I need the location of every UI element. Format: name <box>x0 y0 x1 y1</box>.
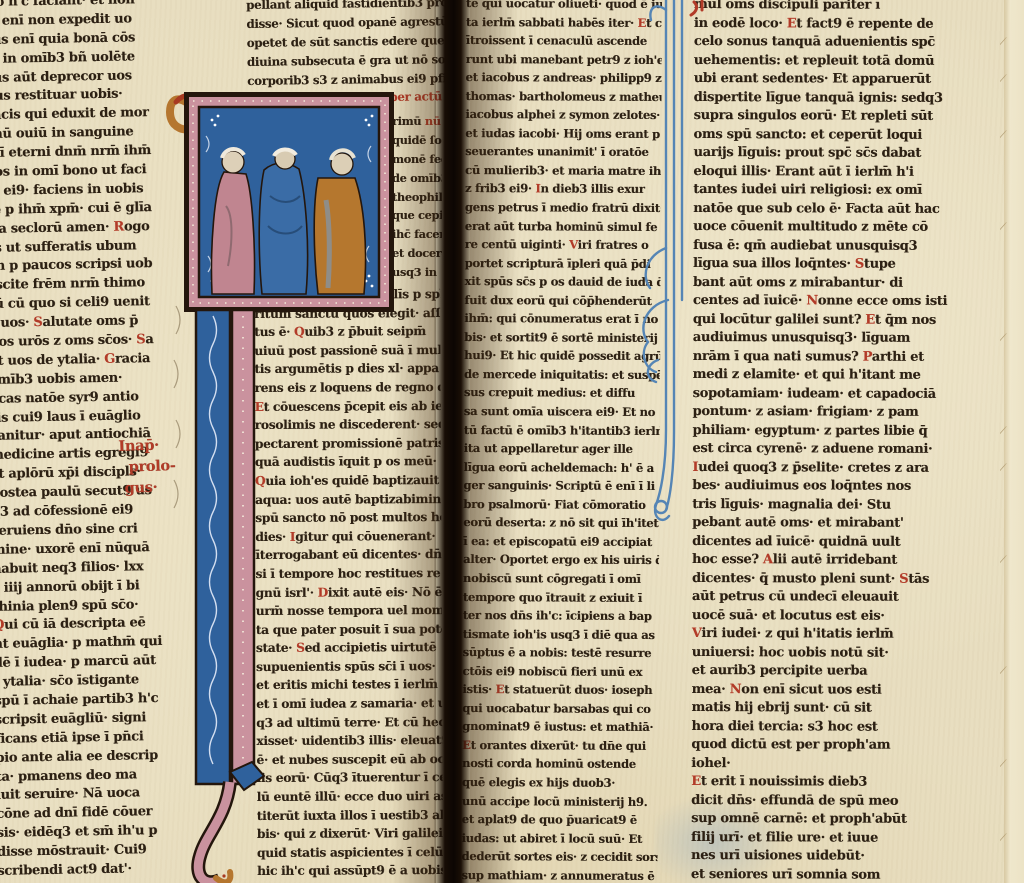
text-line: audiuimus unusquisq3· līguam <box>693 329 1007 349</box>
text-line: supra singulos eorū· Et repleti sūt <box>694 107 1008 127</box>
text-line: nrām ī qua nati sumus? Parthi et <box>693 347 1007 367</box>
text-line: fuit dux eorū qui cōp̄henderūt <box>464 291 660 311</box>
text-line: ctōis ei9 nobiscū fieri unū ex <box>462 662 658 682</box>
binding-gutter <box>434 0 470 883</box>
text-line: qui uocabatur barsabas qui co <box>462 699 658 719</box>
text-line: ta ierlm̄ sabbati habēs iter· Et cū <box>466 13 662 33</box>
text-line: sus crepuit medius: et diffu <box>464 383 660 403</box>
text-line: iacobus alphei z symon zelotes· <box>465 105 661 125</box>
text-line: bis· et sortit9 ē sortē ministerij <box>464 328 660 348</box>
text-line: quod dictū est per proph'am <box>691 736 1005 756</box>
text-line: quē elegis ex hijs duob3· <box>462 773 658 793</box>
text-line: centes ad īuicē· Nonne ecce oms isti <box>693 292 1007 312</box>
text-column-right-1: tē qui uocatur oliueti· quod ē iuxta ier… <box>461 0 662 883</box>
text-line: tē qui uocatur oliueti· quod ē iux <box>466 0 662 14</box>
text-line: philiam· egyptum· z partes libie q̄ <box>692 421 1006 441</box>
text-line: runt ubi manebant petr9 z ioh'es· <box>466 50 662 70</box>
text-line: tantes iudei uiri religiosi: ex omī <box>693 181 1007 201</box>
text-line: tempore quo ītrauit z exiuit ī <box>463 587 659 607</box>
text-line: unū accipe locū ministerij h9. <box>462 792 658 812</box>
text-line: ter nos dn̄s ih'c: īcipiens a bap <box>463 606 659 626</box>
text-line: bro psalmorū· Fiat cōmoratio <box>463 495 659 515</box>
text-line: erat aūt turba hominū simul fe <box>465 217 661 237</box>
text-line: filij urī· et filie ure· et iuue <box>691 828 1005 848</box>
text-line: pebant autē oms· et mirabant' <box>692 514 1006 534</box>
text-line: celo sonus tanquā aduenientis spc̄ <box>694 33 1008 53</box>
initial-figures <box>212 149 366 294</box>
text-line: ītroissent ī cenaculū ascende <box>466 31 662 51</box>
margin-squiggle-icon <box>166 300 188 520</box>
text-line: qui locūtur galilei sunt? Et q̄m nos <box>693 310 1007 330</box>
text-line: nes urī uisiones uidebūt· <box>691 847 1005 867</box>
text-line: uocē suā· et locutus est eis· <box>692 606 1006 626</box>
text-line: tris līguis· magnalia dei· Stu <box>692 495 1006 515</box>
initial-bowl <box>184 92 394 312</box>
text-line: alter· Oportet ergo ex his uiris q̄ <box>463 550 659 570</box>
text-line: iohel· <box>691 754 1005 774</box>
text-line: līgua eorū acheldemach: h' ē a <box>463 458 659 478</box>
initial-stem <box>196 310 254 784</box>
text-line: pontum· z asiam· frigiam· z pam <box>693 403 1007 423</box>
text-line: Iudei quoq3 z p̄selite· cretes z ara <box>692 458 1006 478</box>
text-line: sup omnē carnē: et proph'abūt <box>691 810 1005 830</box>
text-line: ita ut appellaretur ager ille <box>464 439 660 459</box>
red-pen-mark-icon <box>691 1 702 15</box>
text-line: bes· audiuimus eos loq̄ntes nos <box>692 477 1006 497</box>
text-line: uniuersi: hoc uobis notū sit· <box>692 643 1006 663</box>
text-line: sup mathiam· z annumeratus ē <box>461 866 657 883</box>
text-line: sūptus ē a nobis: testē resurre <box>463 643 659 663</box>
text-line: medi z elamite· et qui h'itant me <box>693 366 1007 386</box>
text-line: fusa ē: qm̄ audiebat unusquisq3 <box>693 236 1007 256</box>
text-line: mea· Non enī sicut uos esti <box>692 680 1006 700</box>
text-line: in eodē loco· Et fact9 ē repente de <box>694 14 1008 34</box>
text-line: xit spūs sc̄s p os dauid de iuda q̄ <box>464 272 660 292</box>
text-line: ubi erant sedentes· Et apparuerūt <box>694 70 1008 90</box>
pen-flourish-ornament <box>636 0 708 545</box>
text-line: matis hij ebrij sunt· cū sit <box>691 699 1005 719</box>
text-line: cū mulierib3· et maria matre ih'u <box>465 161 661 181</box>
text-line: bant aūt oms z mirabantur· di <box>693 273 1007 293</box>
text-line: dicentes ad īuicē· quidnā uult <box>692 532 1006 552</box>
text-line: et aurib3 percipite uerba <box>692 662 1006 682</box>
text-line: ger sanguinis· Scriptū ē enī ī li <box>463 476 659 496</box>
text-line: iudas: ut abiret ī locū suū· Et <box>462 829 658 849</box>
text-line: uarijs līguis: prout spc̄ sc̄s dabat <box>693 144 1007 164</box>
manuscript-page-spread: dio h'c faciant· et nones enī non expedi… <box>0 0 1024 883</box>
text-line: dicit dn̄s· effundā de spū meo <box>691 791 1005 811</box>
text-line: thomas· bartholomeus z matheus· <box>465 87 661 107</box>
text-line: līgua sua illos loq̄ntes· Stupe <box>693 255 1007 275</box>
text-line: et iacobus z andreas· philipp9 z <box>466 68 662 88</box>
text-line: uehementis: et repleuit totā domū <box>694 51 1008 71</box>
text-line: de mercede iniquitatis: et suspē <box>464 365 660 385</box>
text-line: uoce cōuenit multitudo z mēte cō <box>693 218 1007 238</box>
text-line: dispertite līgue tanquā ignis: sedq3 <box>694 88 1008 108</box>
text-line: mul oms discipuli pariter ī <box>694 0 1008 16</box>
text-line: diuina subsecuta ē gra ut nō solū <box>247 50 459 72</box>
text-line: opetet de sūt sanctis edere querūt <box>247 31 459 53</box>
text-line: ihm̄: qui cōnumeratus erat ī no <box>464 309 660 329</box>
text-line: dicentes· q̄ musto pleni sunt· Stās <box>692 569 1006 589</box>
text-line: eloqui illis· Erant aūt ī ierlm̄ h'i <box>693 162 1007 182</box>
illuminated-initial-p <box>166 76 410 883</box>
text-line: hoc esse? Alii autē irridebant <box>692 551 1006 571</box>
text-line: istis· Et statuerūt duos· ioseph <box>462 680 658 700</box>
text-line: sa sunt omīa uiscera ei9· Et no <box>464 402 660 422</box>
text-line: Viri iudei· z qui h'itatis ierlm̄ <box>692 625 1006 645</box>
text-line: oms spū sancto: et ceperūt loqui <box>693 125 1007 145</box>
text-line: z frib3 ei9· In dieb3 illis exur <box>465 179 661 199</box>
text-line: eorū deserta: z nō sit qui īh'itet <box>463 513 659 533</box>
text-line: natōe que sub celo ē· Facta aūt hac <box>693 199 1007 219</box>
text-line: tismate ioh'is usq3 ī diē qua as <box>463 625 659 645</box>
text-line: gens petrus ī medio fratrū dixit· <box>465 198 661 218</box>
text-line: gnominat9 ē iustus: et mathiā· <box>462 717 658 737</box>
text-line: re centū uiginti· Viri fratres o <box>465 235 661 255</box>
text-line: dederūt sortes eis· z cecidit sors <box>461 847 657 867</box>
text-column-right-2: mul oms discipuli pariter īin eodē loco·… <box>691 0 1008 883</box>
text-line: ī ea: et episcopatū ei9 accipiat <box>463 532 659 552</box>
text-line: et iudas iacobi· Hij oms erant p <box>465 124 661 144</box>
text-line: nosti corda hominū ostende <box>462 754 658 774</box>
text-line: et aplat9 de quo p̄uaricat9 ē <box>462 810 658 830</box>
right-page-edge <box>1004 0 1024 883</box>
text-line: hora diei tercia: s3 hoc est <box>691 717 1005 737</box>
text-line: sopotamiam· iudeam· et capadociā <box>693 384 1007 404</box>
text-line: Et erit ī nouissimis dieb3 <box>691 773 1005 793</box>
text-line: et seniores urī somnia som <box>691 865 1005 883</box>
text-line: seuerantes unanimit' ī oratōe <box>465 142 661 162</box>
text-line: hui9· Et hic quidē possedit agrū <box>464 346 660 366</box>
text-line: portet scripturā īpleri quā p̄di <box>465 254 661 274</box>
text-line: est circa cyrenē· z aduene romani· <box>692 440 1006 460</box>
text-line: nobiscū sunt cōgregati ī omī <box>463 569 659 589</box>
text-line: Et orantes dixerūt· tu dn̄e qui <box>462 736 658 756</box>
text-line: tū factū ē omīb3 h'itantib3 ierlm̄: <box>464 421 660 441</box>
text-line: aūt petrus cū undecī eleuauit <box>692 588 1006 608</box>
